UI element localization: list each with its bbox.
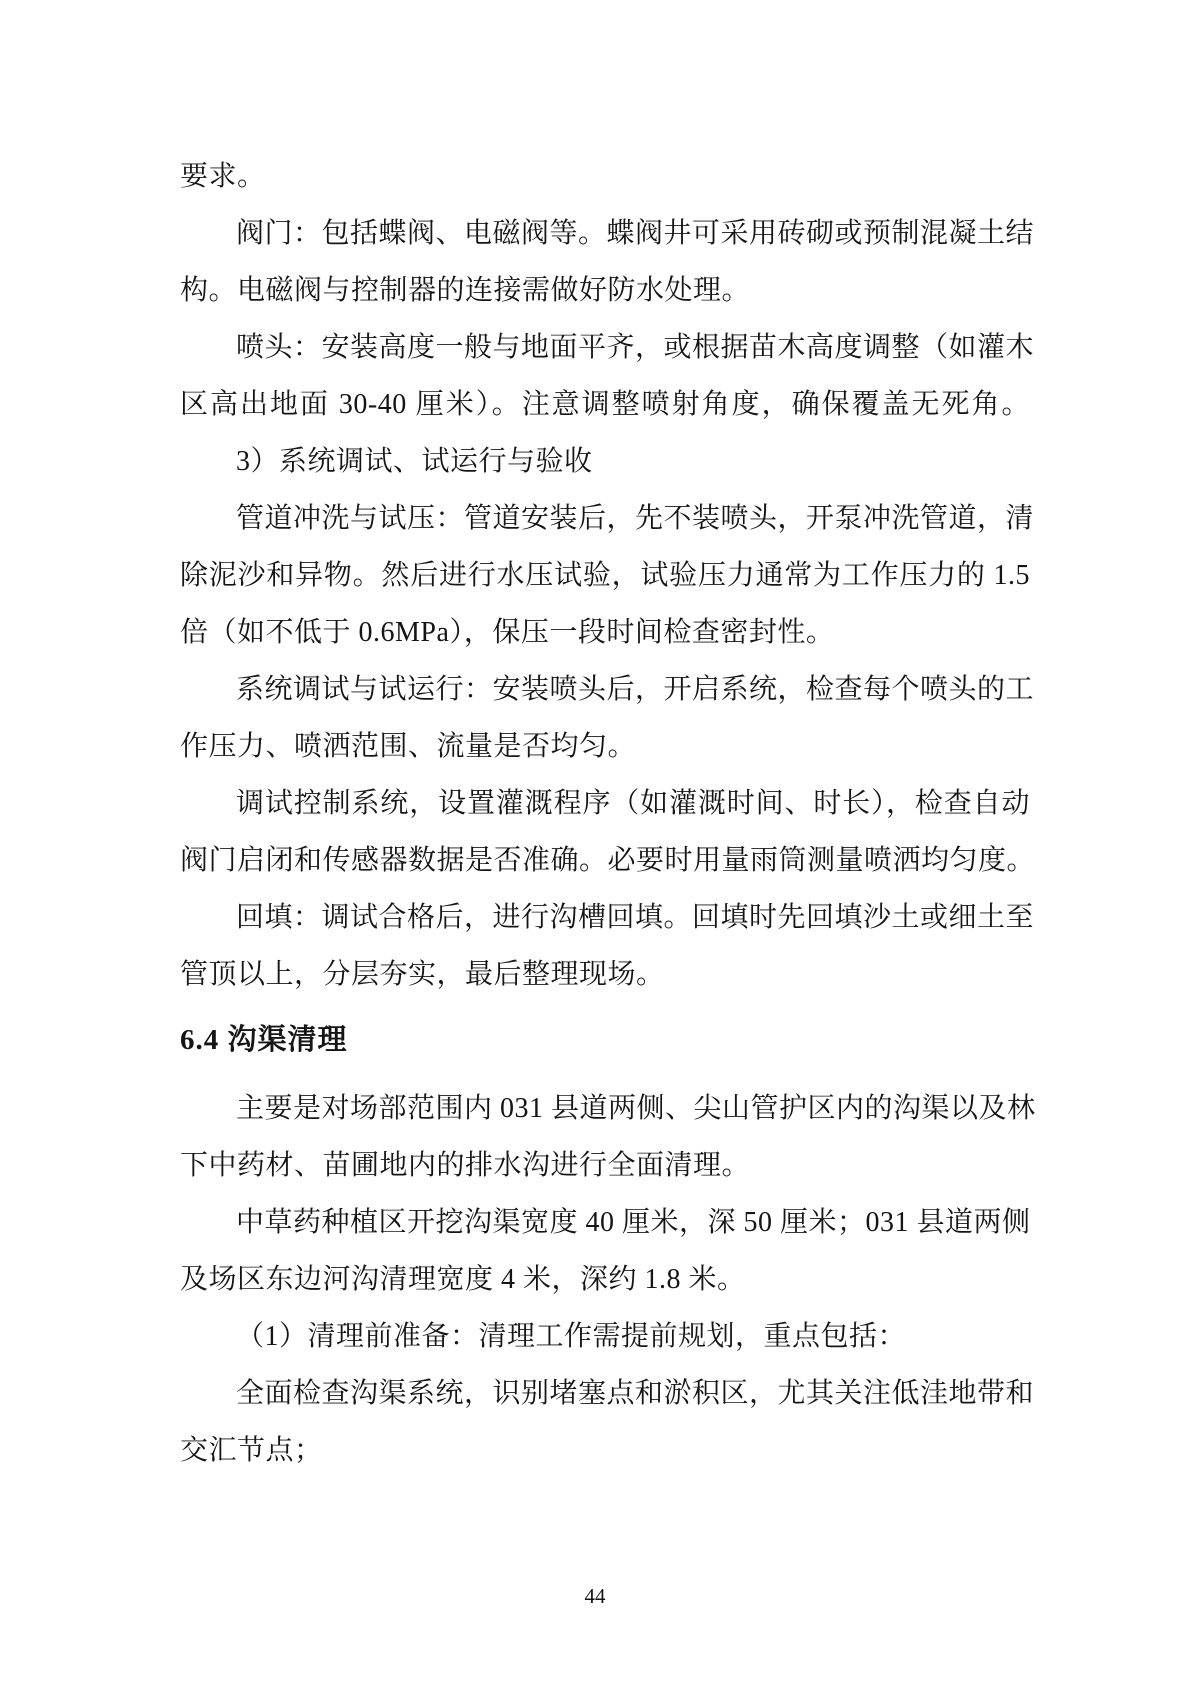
text-line: 及场区东边河沟清理宽度 4 米，深约 1.8 米。 <box>180 1251 1030 1308</box>
text-line: 区高出地面 30-40 厘米）。注意调整喷射角度，确保覆盖无死角。 <box>180 376 1030 433</box>
section-heading: 6.4 沟渠清理 <box>180 1012 1030 1069</box>
text-line: 除泥沙和异物。然后进行水压试验，试验压力通常为工作压力的 1.5 <box>180 547 1030 604</box>
document-body: 要求。阀门：包括蝶阀、电磁阀等。蝶阀井可采用砖砌或预制混凝土结构。电磁阀与控制器… <box>180 148 1030 1479</box>
text-line: 管顶以上，分层夯实，最后整理现场。 <box>180 946 1030 1003</box>
text-line: 系统调试与试运行：安装喷头后，开启系统，检查每个喷头的工 <box>180 661 1030 718</box>
text-line: 倍（如不低于 0.6MPa），保压一段时间检查密封性。 <box>180 604 1030 661</box>
text-line: 要求。 <box>180 148 1030 205</box>
text-line: 作压力、喷洒范围、流量是否均匀。 <box>180 718 1030 775</box>
text-line: 阀门：包括蝶阀、电磁阀等。蝶阀井可采用砖砌或预制混凝土结 <box>180 205 1030 262</box>
page-number: 44 <box>0 1583 1190 1609</box>
text-line: 交汇节点； <box>180 1422 1030 1479</box>
text-line: 喷头：安装高度一般与地面平齐，或根据苗木高度调整（如灌木 <box>180 319 1030 376</box>
text-line: （1）清理前准备：清理工作需提前规划，重点包括： <box>180 1308 1030 1365</box>
text-line: 下中药材、苗圃地内的排水沟进行全面清理。 <box>180 1137 1030 1194</box>
text-line: 调试控制系统，设置灌溉程序（如灌溉时间、时长），检查自动 <box>180 775 1030 832</box>
text-line: 阀门启闭和传感器数据是否准确。必要时用量雨筒测量喷洒均匀度。 <box>180 832 1030 889</box>
text-line: 管道冲洗与试压：管道安装后，先不装喷头，开泵冲洗管道，清 <box>180 490 1030 547</box>
text-line: 构。电磁阀与控制器的连接需做好防水处理。 <box>180 262 1030 319</box>
document-page: 要求。阀门：包括蝶阀、电磁阀等。蝶阀井可采用砖砌或预制混凝土结构。电磁阀与控制器… <box>0 0 1190 1683</box>
text-line: 回填：调试合格后，进行沟槽回填。回填时先回填沙土或细土至 <box>180 889 1030 946</box>
text-line: 主要是对场部范围内 031 县道两侧、尖山管护区内的沟渠以及林 <box>180 1080 1030 1137</box>
text-line: 3）系统调试、试运行与验收 <box>180 433 1030 490</box>
text-line: 中草药种植区开挖沟渠宽度 40 厘米，深 50 厘米；031 县道两侧 <box>180 1194 1030 1251</box>
text-line: 全面检查沟渠系统，识别堵塞点和淤积区，尤其关注低洼地带和 <box>180 1365 1030 1422</box>
